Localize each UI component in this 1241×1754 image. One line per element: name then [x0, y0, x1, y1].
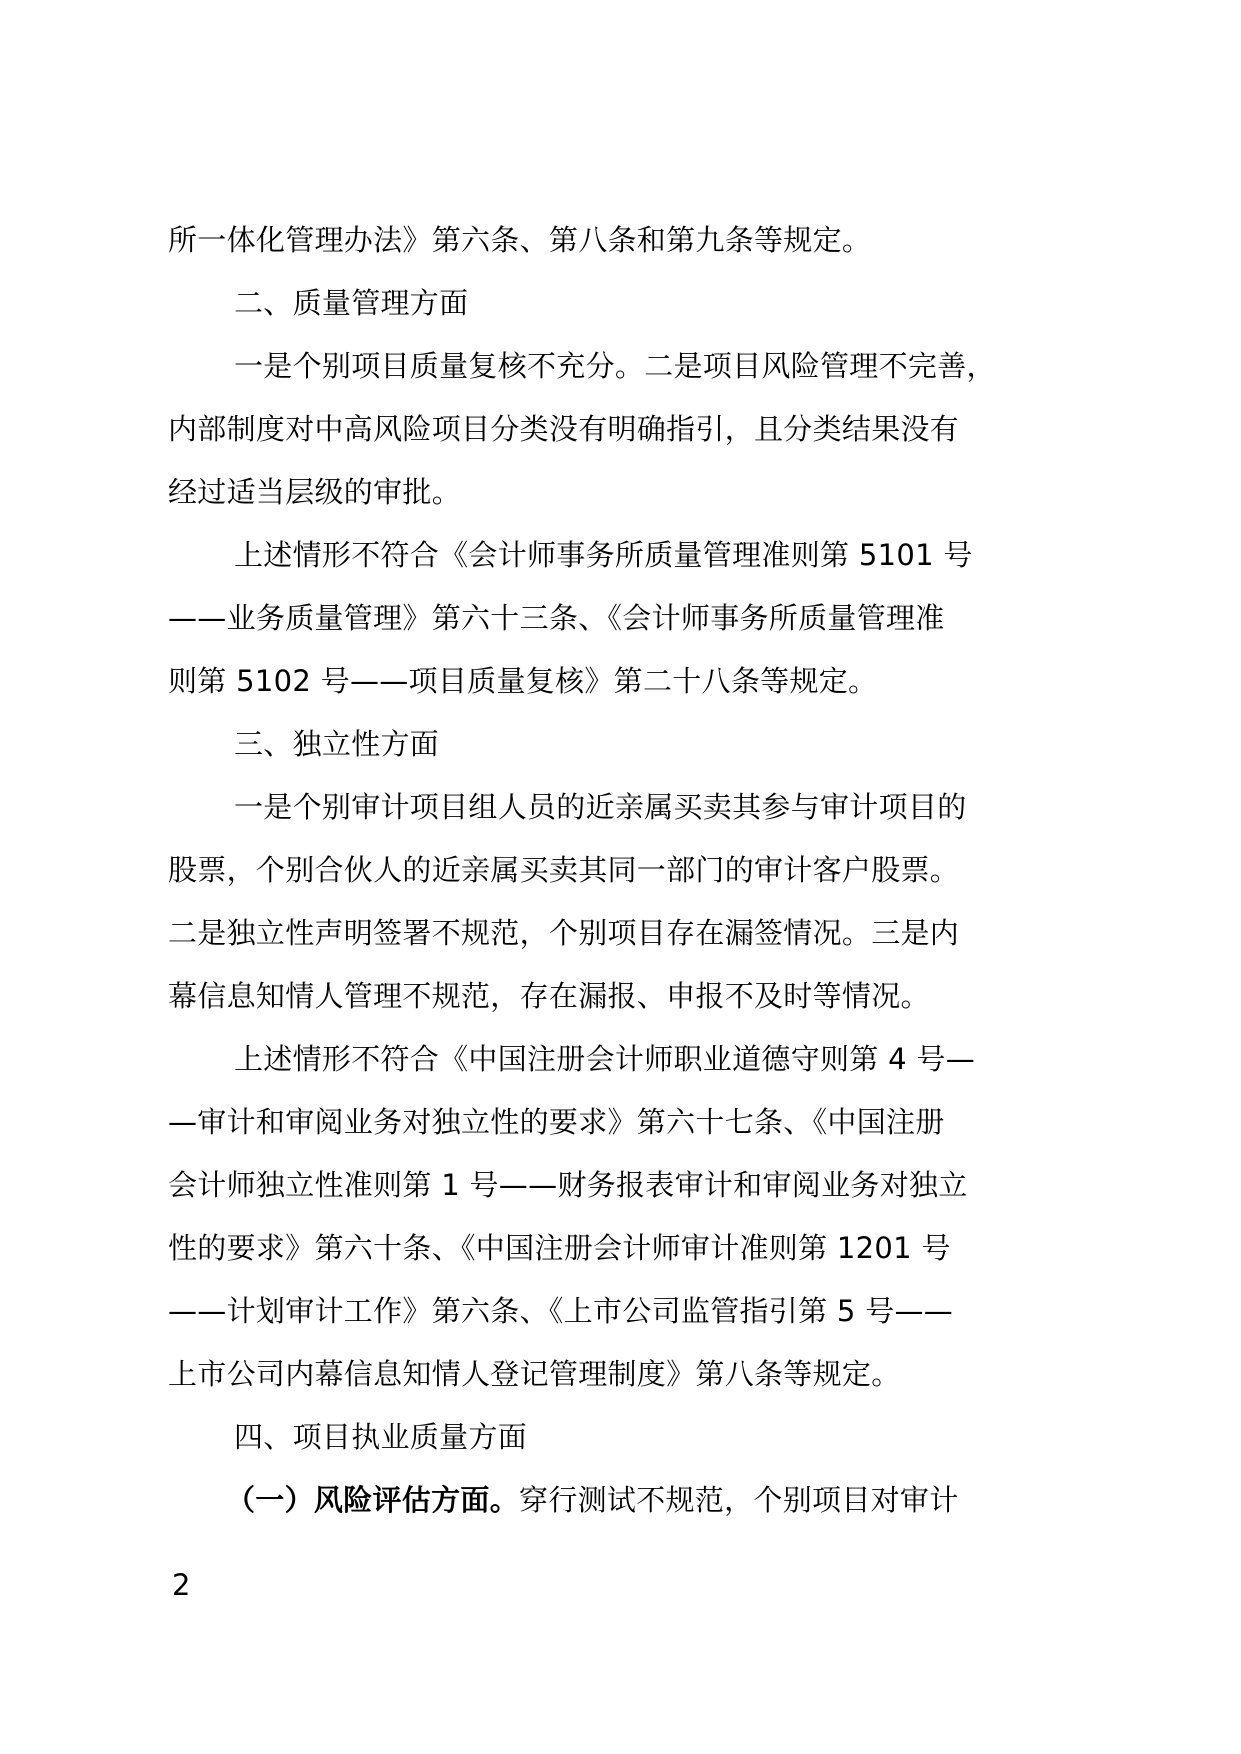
text-line: 性的要求》第六十条、《中国注册会计师审计准则第 1201 号	[168, 1228, 951, 1268]
text-line: 幕信息知情人管理不规范，存在漏报、申报不及时等情况。	[168, 976, 930, 1016]
subsection-heading: （一）风险评估方面。	[226, 1483, 519, 1517]
section-heading: 四、项目执业质量方面	[234, 1417, 527, 1457]
text-line: 内部制度对中高风险项目分类没有明确指引，且分类结果没有	[168, 409, 959, 449]
text-line: 所一体化管理办法》第六条、第八条和第九条等规定。	[168, 220, 871, 260]
text-line: 一是个别项目质量复核不充分。二是项目风险管理不完善，	[234, 346, 996, 386]
section-heading: 二、质量管理方面	[234, 283, 468, 323]
text-span: 穿行测试不规范，个别项目对审计	[519, 1483, 959, 1517]
text-line: 上述情形不符合《会计师事务所质量管理准则第 5101 号	[234, 535, 973, 575]
section-heading: 三、独立性方面	[234, 724, 439, 764]
text-line: 二是独立性声明签署不规范，个别项目存在漏签情况。三是内	[168, 913, 959, 953]
page-number: 2	[172, 1568, 190, 1602]
text-line: 上市公司内幕信息知情人登记管理制度》第八条等规定。	[168, 1354, 901, 1394]
text-line: （一）风险评估方面。穿行测试不规范，个别项目对审计	[226, 1480, 959, 1520]
text-line: 则第 5102 号——项目质量复核》第二十八条等规定。	[168, 661, 877, 701]
text-line: ——业务质量管理》第六十三条、《会计师事务所质量管理准	[168, 598, 945, 638]
text-line: 一是个别审计项目组人员的近亲属买卖其参与审计项目的	[234, 787, 967, 827]
text-line: 经过适当层级的审批。	[168, 472, 461, 512]
text-line: 会计师独立性准则第 1 号——财务报表审计和审阅业务对独立	[168, 1165, 968, 1205]
text-line: ——计划审计工作》第六条、《上市公司监管指引第 5 号——	[168, 1291, 953, 1331]
document-page: 所一体化管理办法》第六条、第八条和第九条等规定。 二、质量管理方面 一是个别项目…	[0, 0, 1241, 1754]
text-line: 股票，个别合伙人的近亲属买卖其同一部门的审计客户股票。	[168, 850, 959, 890]
text-line: 上述情形不符合《中国注册会计师职业道德守则第 4 号—	[234, 1039, 975, 1079]
text-line: —审计和审阅业务对独立性的要求》第六十七条、《中国注册	[168, 1102, 945, 1142]
